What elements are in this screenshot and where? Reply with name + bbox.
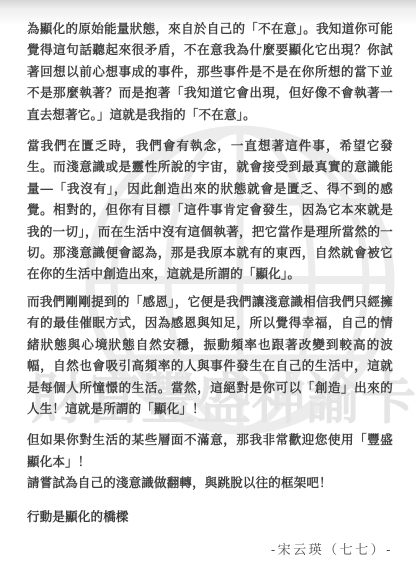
body-paragraph: 請嘗試為自己的淺意識做翻轉，與跳脫以往的框架吧！ bbox=[27, 473, 393, 494]
body-paragraph: 為顯化的原始能量狀態，來自於自己的「不在意」。我知道你可能覺得這句話聽起來很矛盾… bbox=[27, 19, 393, 126]
body-paragraph: 而我們剛剛提到的「感恩」，它便是我們讓淺意識相信我們只經擁有的最佳催眠方式，因為… bbox=[27, 292, 393, 420]
body-paragraph: 當我們在匱乏時，我們會有執念，一直想著這件事，希望它發生。而淺意識或是靈性所說的… bbox=[27, 136, 393, 286]
author-signature: -宋云瑛（七七）- bbox=[27, 539, 393, 560]
body-paragraph: 但如果你對生活的某些層面不滿意，那我非常歡迎您使用「豐盛顯化本」！ bbox=[27, 430, 393, 473]
document-page: 財富豐盛神諭卡 為顯化的原始能量狀態，來自於自己的「不在意」。我知道你可能覺得這… bbox=[0, 0, 416, 572]
article-body: 為顯化的原始能量狀態，來自於自己的「不在意」。我知道你可能覺得這句話聽起來很矛盾… bbox=[27, 19, 393, 560]
section-heading: 行動是顯化的橋樑 bbox=[27, 507, 393, 528]
